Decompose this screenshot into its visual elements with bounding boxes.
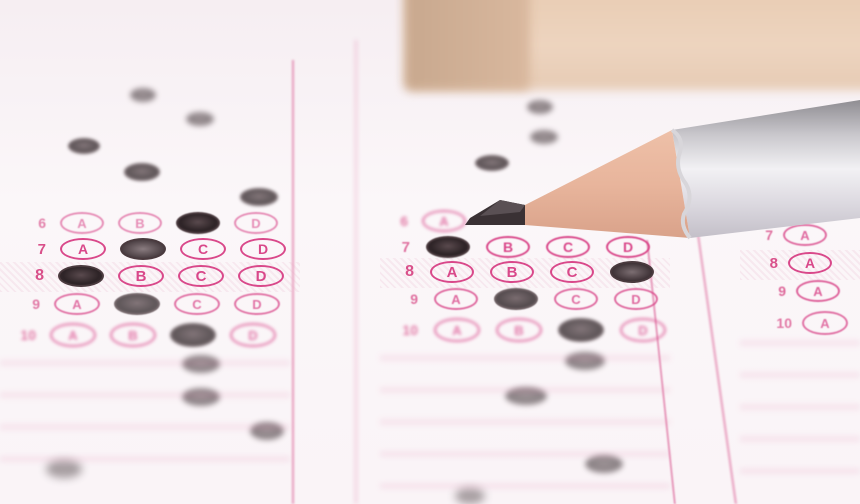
answer-sheet-photo: 6 A B C D 7 A B C D 8 A B C D 9 A B C D bbox=[0, 0, 860, 504]
pencil-body bbox=[672, 100, 860, 238]
pencil bbox=[0, 0, 860, 504]
pencil-wood bbox=[525, 130, 690, 238]
